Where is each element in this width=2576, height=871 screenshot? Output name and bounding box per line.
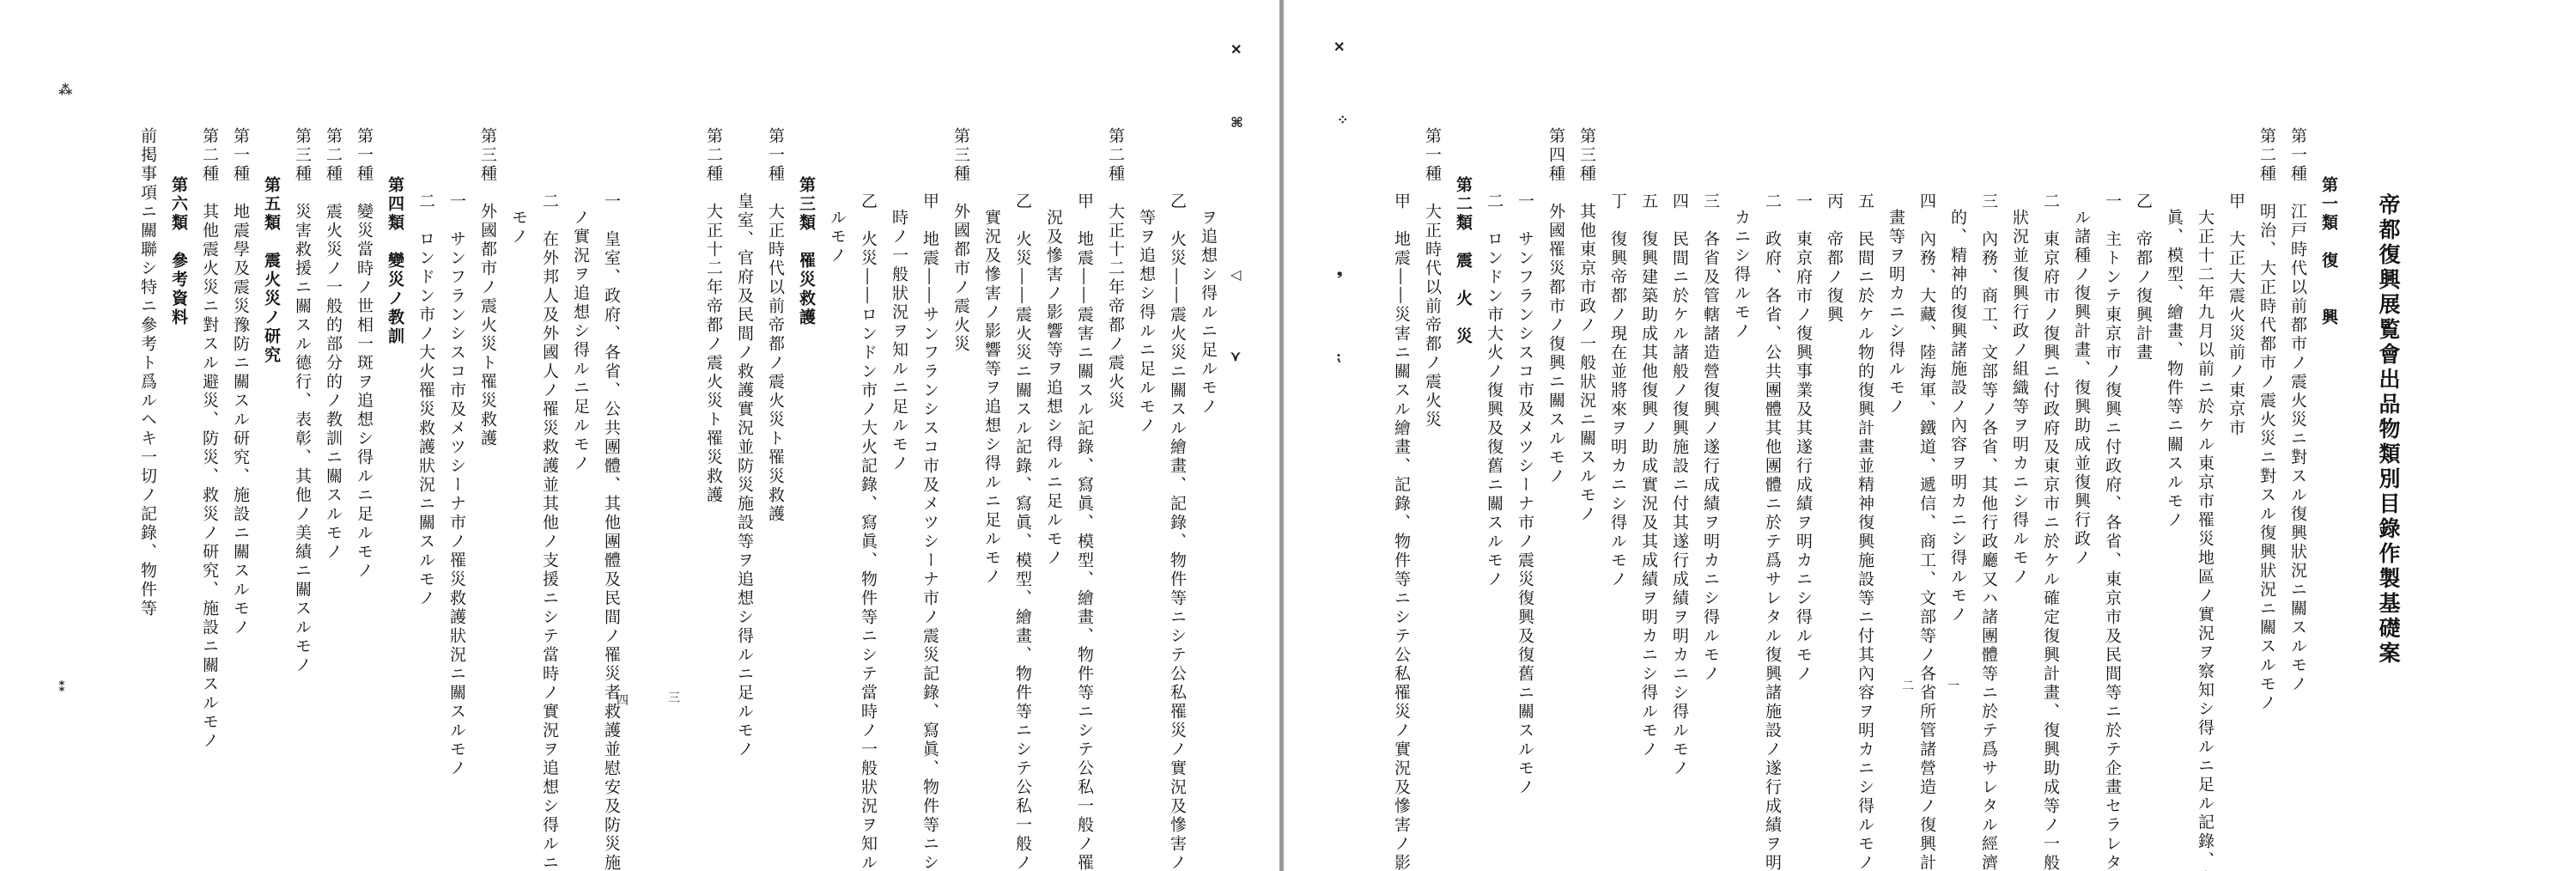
text-line: ヲ追想シ得ルニ足ルモノ [1193, 127, 1224, 763]
text-line: 第一種 變災當時ノ世相一斑ヲ追想シ得ルニ足ルモノ [349, 127, 380, 763]
text-line: 第二種 明治、大正時代都市ノ震火災ニ對スル復興狀況ニ關スルモノ [2251, 127, 2282, 763]
text-line: 四 民間ニ於ケル諸般ノ復興施設ニ付其遂行成績ヲ明カニシ得ルモノ [1664, 127, 1695, 763]
text-line: 乙 火災――震火災ニ關スル繪畫、記錄、物件等ニシテ公私罹災ノ實況及慘害ノ影響 [1162, 127, 1193, 763]
page-mark: 一 [1947, 677, 1959, 694]
text-line: ノ實況ヲ追想シ得ルニ足ルモノ [565, 127, 596, 763]
text-line: 第一種 大正時代以前帝都ノ震火災ト罹災救護 [760, 127, 791, 763]
text-line: カニシ得ルモノ [1726, 127, 1757, 763]
text-line: 二 東京府市ノ復興ニ付政府及東京市ニ於ケル確定復興計畫、復興助成等ノ一般 [2035, 127, 2066, 763]
text-line: 皇室、官府及民間ノ救護實況並防災施設等ヲ追想シ得ルニ足ルモノ [729, 127, 760, 763]
text-line: 甲 地震――災害ニ關スル繪畫、記錄、物件等ニシテ公私罹災ノ實況及慘害ノ影響等 [1386, 127, 1417, 763]
text-line: 一 サンフランシスコ市及メツシーナ市ノ震災復興及復舊ニ關スルモノ [1510, 127, 1540, 763]
text-line: 二 ロンドン市ノ大火罹災救護狀況ニ關スルモノ [410, 127, 441, 763]
category-heading: 第四類 變災ノ教訓 [380, 127, 410, 763]
binding-mark: ⁘ [1337, 112, 1346, 124]
text-line: 二 在外邦人及外國人ノ罹災救護並其他ノ支援ニシテ當時ノ實況ヲ追想シ得ルニ足ル [534, 127, 565, 763]
text-line: 一 サンフランシスコ市及メツシーナ市ノ罹災救護狀況ニ關スルモノ [441, 127, 472, 763]
text-line: 畫等ヲ明カニシ得ルモノ [1880, 127, 1911, 763]
category-heading: 第二類 震 火 災 [1448, 127, 1479, 763]
text-line: 甲 地震――サンフランシスコ市及メツシーナ市ノ震災記錄、寫眞、物件等ニシテ當 [914, 127, 945, 763]
text-line: 丙 帝都ノ復興 [1819, 127, 1850, 763]
text-line: 第二種 大正十二年帝都ノ震火災 [1100, 127, 1131, 763]
category-heading: 第五類 震火災ノ研究 [256, 127, 287, 763]
text-line: 四 內務、大藏、陸海軍、鐵道、遞信、商工、文部等ノ各省所管諸營造ノ復興計 [1911, 127, 1942, 763]
page-number-three: 三 [668, 689, 680, 706]
text-line: 乙 火災――震火災ニ關スル記錄、寫眞、模型、繪畫、物件等ニシテ公私一般ノ火災 [1007, 127, 1038, 763]
page-three: ヲ追想シ得ルニ足ルモノ乙 火災――震火災ニ關スル繪畫、記錄、物件等ニシテ公私罹災… [640, 0, 1279, 871]
text-line: 第一種 大正時代以前帝都ノ震火災 [1417, 127, 1448, 763]
text-line: 第三種 災害救援ニ關スル德行、表彰、其他ノ美績ニ關スルモノ [287, 127, 318, 763]
text-line: 一 皇室、政府、各省、公共團體、其他團體及民間ノ罹災者救護並慰安及防災施設等 [596, 127, 627, 763]
text-line: 乙 帝都ノ復興計畫 [2128, 127, 2159, 763]
binding-mark: ✕ [1334, 39, 1342, 51]
binding-mark: ⌘ [1230, 114, 1239, 126]
text-line: モノ [503, 127, 534, 763]
page-number-two: 二 [1902, 677, 1914, 694]
category-heading: 第一類 復 興 [2313, 127, 2344, 763]
text-line: 第三種 其他東京市政ノ一般狀況ニ關スルモノ [1571, 127, 1602, 763]
text-line: 眞、模型、繪畫、物件等ニ關スルモノ [2159, 127, 2190, 763]
text-line: 二 ロンドン市大火ノ復興及復舊ニ關スルモノ [1479, 127, 1510, 763]
binding-mark: ⁂ [58, 82, 67, 94]
text-line: 第三種 外國都市ノ震火災ト罹災救護 [472, 127, 503, 763]
text-line: 乙 火災――ロンドン市ノ大火記錄、寫眞、物件等ニシテ當時ノ一般狀況ヲ知ルニ足 [853, 127, 884, 763]
page-number-four: 四 [617, 691, 629, 709]
text-line: 丁 復興帝都ノ現在並將來ヲ明カニシ得ルモノ [1602, 127, 1633, 763]
page-three-text: ヲ追想シ得ルニ足ルモノ乙 火災――震火災ニ關スル繪畫、記錄、物件等ニシテ公私罹災… [698, 127, 1224, 763]
text-line: 時ノ一般狀況ヲ知ルニ足ルモノ [884, 127, 914, 763]
text-line: 等ヲ追想シ得ルニ足ルモノ [1131, 127, 1162, 763]
text-line: 大正十二年九月以前ニ於ケル東京市罹災地區ノ實況ヲ察知シ得ルニ足ル記錄、寫 [2190, 127, 2221, 763]
binding-mark: ❟ [1337, 262, 1346, 274]
text-line: 況及慘害ノ影響等ヲ追想シ得ルニ足ルモノ [1038, 127, 1069, 763]
binding-mark: ⁏ [1337, 348, 1346, 360]
text-line: ルモノ [822, 127, 853, 763]
text-line: 三 內務、商工、文部等ノ各省、其他行政廳又ハ諸團體等ニ於テ爲サレタル經濟 [1973, 127, 2004, 763]
text-line: 甲 大正大震火災前ノ東京市 [2221, 127, 2251, 763]
text-line: 狀況並復興行政ノ組織等ヲ明カニシ得ルモノ [2004, 127, 2035, 763]
text-line: 一 主トンテ東京市ノ復興ニ付政府、各省、東京市及民間等ニ於テ企畫セラレタ [2097, 127, 2128, 763]
page-four: 一 皇室、政府、各省、公共團體、其他團體及民間ノ罹災者救護並慰安及防災施設等ノ實… [0, 0, 635, 871]
text-line: 五 民間ニ於ケル物的復興計畫並精神復興施設等ニ付其內容ヲ明カニシ得ルモノ [1850, 127, 1880, 763]
category-heading: 第六類 參考資料 [163, 127, 194, 763]
document-title: 帝都復興展覧會出品物類別目錄作製基礎案 [2372, 193, 2403, 709]
left-page-spread: 一 皇室、政府、各省、公共團體、其他團體及民間ノ罹災者救護並慰安及防災施設等ノ實… [0, 0, 1279, 871]
page-two-text: 第一類 復 興第一種 江戸時代以前都市ノ震火災ニ對スル復興狀況ニ關スルモノ第二種… [1386, 127, 2344, 763]
text-line: 五 復興建築助成其他復興ノ助成實況及其成績ヲ明カニシ得ルモノ [1633, 127, 1664, 763]
right-page-spread: 帝都復興展覧會出品物類別目錄作製基礎案 第一類 復 興第一種 江戸時代以前都市ノ… [1284, 0, 2576, 871]
text-line: 第一種 江戸時代以前都市ノ震火災ニ對スル復興狀況ニ關スルモノ [2282, 127, 2313, 763]
binding-mark: ◁ [1230, 266, 1239, 278]
text-line: 一 東京府市ノ復興事業及其遂行成績ヲ明カニシ得ルモノ [1788, 127, 1819, 763]
text-line: 實況及慘害ノ影響等ヲ追想シ得ルニ足ルモノ [976, 127, 1007, 763]
binding-mark: ✕ [1230, 41, 1239, 53]
text-line: ル諸種ノ復興計畫、復興助成並復興行政ノ [2066, 127, 2097, 763]
text-line: 第四種 外國罹災都市ノ復興ニ關スルモノ [1540, 127, 1571, 763]
text-line: 第二種 大正十二年帝都ノ震火災ト罹災救護 [698, 127, 729, 763]
text-line: 甲 地震――震害ニ關スル記錄、寫眞、模型、繪畫、物件等ニシテ公私一般ノ罹災實 [1069, 127, 1100, 763]
binding-mark: ⁑ [58, 679, 67, 691]
text-line: 第三種 外國都市ノ震火災 [945, 127, 976, 763]
binding-mark: ⋎ [1230, 348, 1239, 360]
text-line: 第二種 震火災ノ一般的部分的ノ教訓ニ關スルモノ [318, 127, 349, 763]
text-line: 第一種 地震學及震災豫防ニ關スル研究、施設ニ關スルモノ [225, 127, 256, 763]
text-line: 三 各省及管轄諸造營復興ノ遂行成績ヲ明カニシ得ルモノ [1695, 127, 1726, 763]
category-heading: 第三類 罹災救護 [791, 127, 822, 763]
text-line: 的、精神的復興諸施設ノ內容ヲ明カニシ得ルモノ [1942, 127, 1973, 763]
text-line: 前掲事項ニ關聯シ特ニ參考ト爲ルヘキ一切ノ記錄、物件等 [132, 127, 163, 763]
page-four-text: 一 皇室、政府、各省、公共團體、其他團體及民間ノ罹災者救護並慰安及防災施設等ノ實… [132, 127, 627, 763]
text-line: 二 政府、各省、公共團體其他團體ニ於テ爲サレタル復興諸施設ノ遂行成績ヲ明 [1757, 127, 1788, 763]
text-line: 第二種 其他震火災ニ對スル避災、防災、救災ノ研究、施設ニ關スルモノ [194, 127, 225, 763]
